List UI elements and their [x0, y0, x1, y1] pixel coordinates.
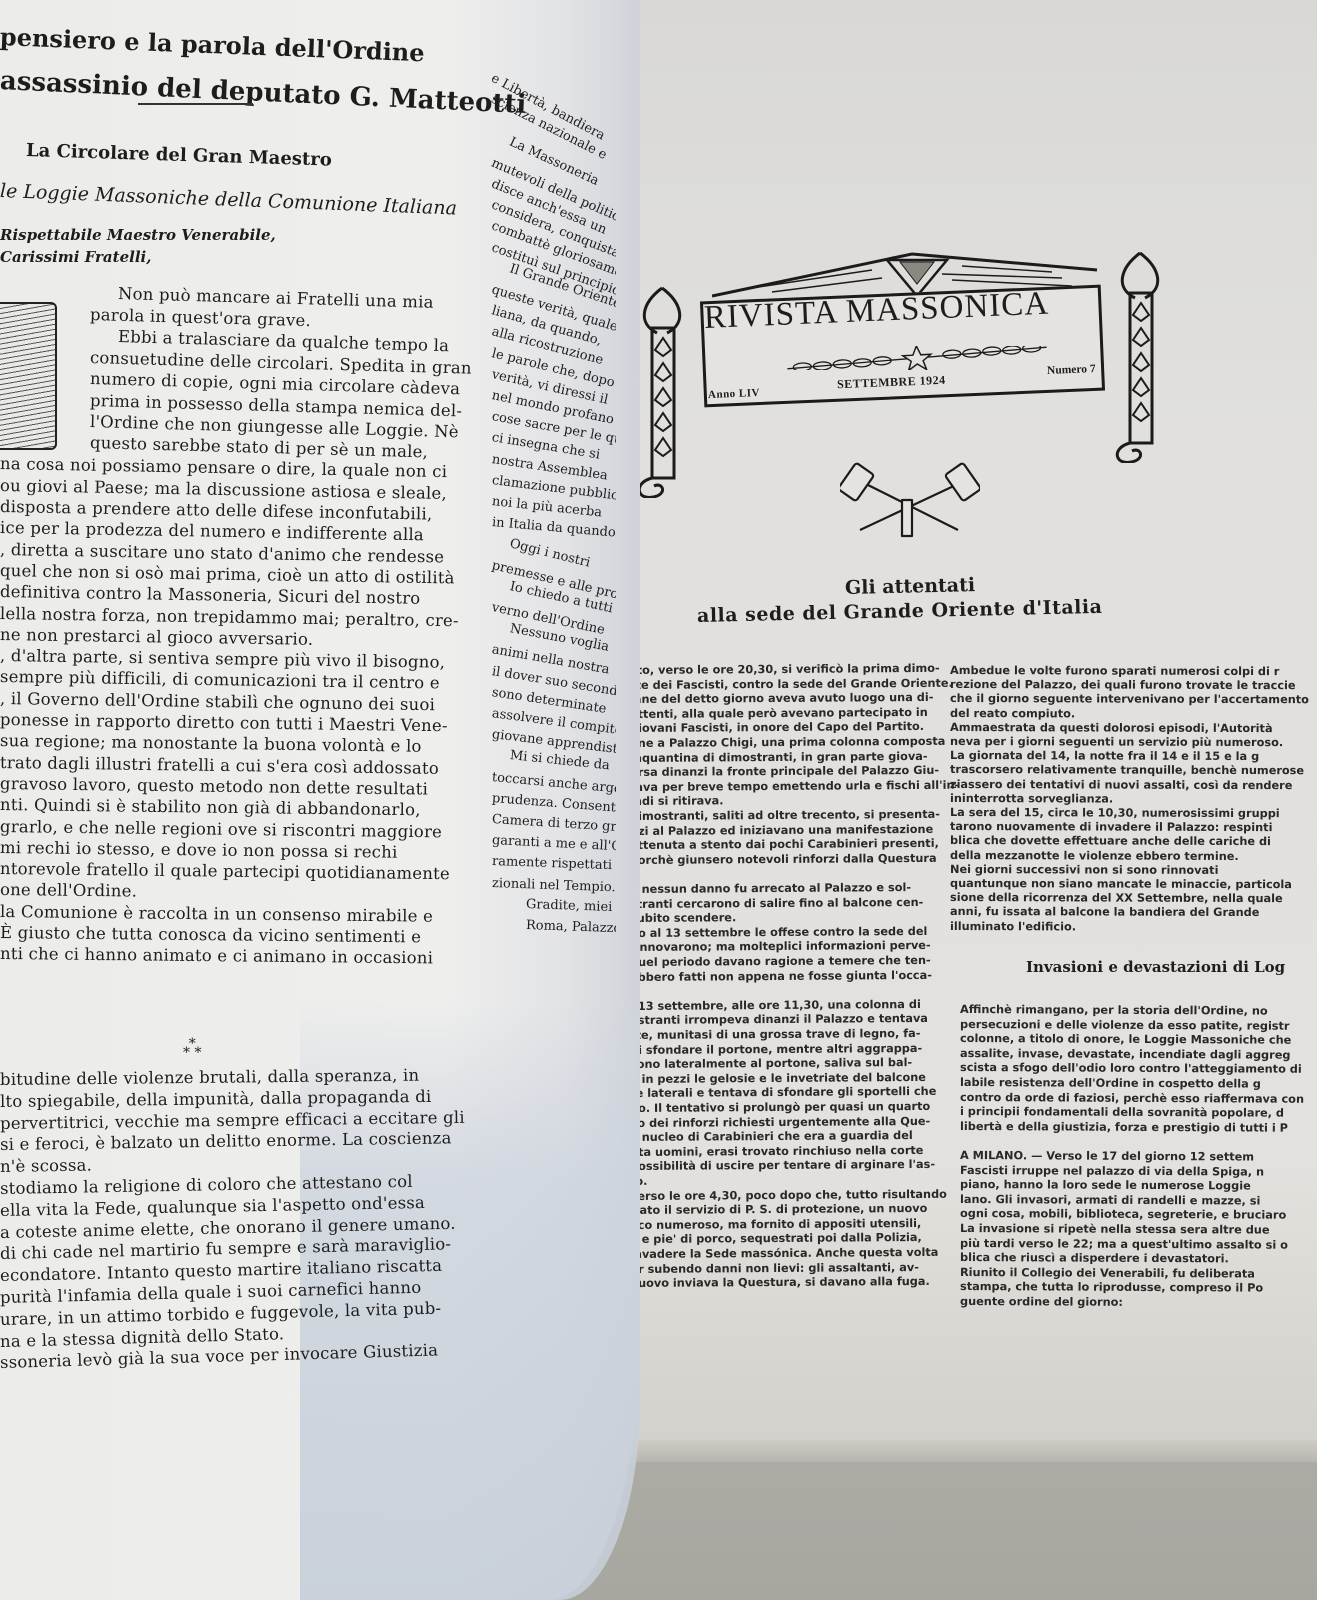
column-text-line: no. Il tentativo si prolungò per quasi u… — [630, 1100, 930, 1115]
column-text-line: ininterrotta sorveglianza. — [950, 792, 1113, 806]
column-text-line: stranti cercarono di salire fino al balc… — [630, 896, 923, 911]
salutation-line-1: Rispettabile Maestro Venerabile, — [0, 226, 276, 244]
left-laurel-pillar-icon — [632, 283, 692, 498]
column-text-line: del reato compiuto. — [950, 707, 1075, 720]
column-text-line: attenti, alla quale però avevano parteci… — [630, 706, 928, 721]
laurel-star-ornament-icon — [782, 346, 1052, 370]
column-text-line: Fascisti irruppe nel palazzo di via dell… — [960, 1164, 1264, 1179]
column-text-line: della mezzanotte le violenze ebbero term… — [950, 849, 1239, 863]
column-text-line: one a Palazzo Chigi, una prima colonna c… — [630, 735, 945, 750]
column-text-line: Nei giorni successivi non si sono rinnov… — [950, 863, 1218, 877]
column-text-line: dimostranti, saliti ad oltre trecento, s… — [630, 808, 940, 823]
column-text-line: e nessun danno fu arrecato al Palazzo e … — [630, 881, 911, 896]
column-text-line: più tardi verso le 22; ma a quest'ultimo… — [960, 1237, 1288, 1252]
right-page-edge — [600, 1440, 1317, 1462]
column-text-line: La giornata del 14, la notte fra il 14 e… — [950, 749, 1259, 763]
column-text-line: blica che riuscì a disperdere i devastat… — [960, 1251, 1229, 1265]
column-text-line: ogni cosa, mobili, biblioteca, segreteri… — [960, 1207, 1286, 1222]
column-text-line: lano. Gli invasori, armati di randelli e… — [960, 1193, 1260, 1208]
column-text-line: rinnovarono; ma molteplici informazioni … — [630, 939, 931, 954]
column-text-line: il nucleo di Carabinieri che era a guard… — [630, 1129, 913, 1144]
column-text-line: Affinchè rimangano, per la storia dell'O… — [960, 1003, 1268, 1018]
column-text-line: tarono nuovamente di invadere il Palazzo… — [950, 820, 1273, 834]
column-text-line: di sfondare il portone, mentre altri agg… — [630, 1042, 922, 1057]
masthead-numero: Numero 7 — [1047, 363, 1096, 377]
body-text-line: n'è scossa. — [0, 1156, 92, 1176]
column-text-line: attenuta a stento dai pochi Carabinieri … — [630, 837, 939, 852]
column-text-line: ebbero fatti non appena ne fosse giunta … — [630, 968, 932, 983]
column-text-line: Ambedue le volte furono sparati numerosi… — [950, 664, 1279, 678]
column-text-line: nuovo inviava la Questura, si davano all… — [630, 1275, 930, 1290]
column-text-line: rezione del Palazzo, dei quali furono tr… — [950, 678, 1296, 692]
column-text-line: ur subendo danni non lievi: gli assaltan… — [630, 1261, 919, 1276]
column-text-line: irato il servizio di P. S. di protezione… — [630, 1202, 927, 1217]
spine-text-line: zionali nel Tempio. — [492, 876, 616, 895]
column-text-line: sione della ricorrenza del XX Settembre,… — [950, 891, 1283, 905]
column-text-line: che il giorno seguente intervenivano per… — [950, 692, 1309, 706]
column-text-line: llorchè giunsero notevoli rinforzi dalla… — [630, 852, 937, 867]
column-text-line: La invasione si ripetè nella stessa sera… — [960, 1222, 1270, 1237]
column-text-line: rte, munitasi di una grossa trave di leg… — [630, 1027, 921, 1042]
column-text-line: sono lateralmente al portone, saliva sul… — [630, 1056, 912, 1071]
column-text-line: illuminato l'edificio. — [950, 920, 1076, 933]
section-separator-stars: ** * — [183, 1040, 201, 1058]
column-text-line: Riunito il Collegio dei Venerabili, fu d… — [960, 1266, 1255, 1281]
column-text-line: iane del detto giorno aveva avuto luogo … — [630, 691, 933, 706]
column-text-line: A MILANO. — Verso le 17 del giorno 12 se… — [960, 1149, 1254, 1164]
column-text-line: verso le ore 4,30, poco dopo che, tutto … — [630, 1187, 947, 1202]
column-text-line: possibilità di uscire per tentare di arg… — [630, 1158, 935, 1173]
column-text-line: libertà e della giustizia, forza e prest… — [960, 1120, 1288, 1135]
column-text-line: orsa dinanzi la fronte principale del Pa… — [630, 764, 939, 779]
column-text-line: sto, verso le ore 20,30, si verificò la … — [630, 662, 940, 677]
column-text-line: anni, fu issata al balcone la bandiera d… — [950, 905, 1259, 919]
column-text-line: rte dei Fascisti, contro la sede del Gra… — [630, 676, 953, 691]
column-text-line: colonne, a titolo di onore, le Loggie Ma… — [960, 1032, 1291, 1047]
column-text-line: inquantina di dimostranti, in gran parte… — [630, 750, 928, 765]
column-text-line: trascorsero relativamente tranquille, be… — [950, 763, 1304, 777]
article-title-line-1: Gli attentati — [845, 574, 976, 599]
column-text-line: labile resistenza dell'Ordine in cospett… — [960, 1076, 1261, 1091]
column-text-line: a in pezzi le gelosie e le invetriate de… — [630, 1071, 926, 1086]
column-text-line: ostranti irrompeva dinanzi il Palazzo e … — [630, 1012, 928, 1027]
column-text-line: stampa, che tutta lo riprodusse, compres… — [960, 1280, 1263, 1295]
column-text-line: re laterali e tentava di sfondare gli sp… — [630, 1085, 936, 1100]
column-text-line: contro da orde di faziosi, perchè esso r… — [960, 1091, 1304, 1106]
column-text-line: La sera del 15, circa le 10,30, numerosi… — [950, 806, 1280, 820]
column-text-line: persecuzioni e delle violenze da esso pa… — [960, 1018, 1290, 1033]
column-text-line: giovani Fascisti, in onore del Capo del … — [630, 720, 924, 735]
column-text-line: scista a sfogo dell'odio loro contro l'a… — [960, 1061, 1302, 1076]
column-text-line: Ammaestrata da questi dolorosi episodi, … — [950, 721, 1273, 735]
column-text-line: no al 13 settembre le offese contro la s… — [630, 925, 927, 940]
column-text-line: subito scendere. — [630, 911, 736, 925]
masthead-anno: Anno LIV — [708, 387, 760, 401]
column-text-line: li e pie' di porco, sequestrati poi dall… — [630, 1231, 922, 1246]
column-text-line: i principii fondamentali della sovranità… — [960, 1105, 1284, 1120]
section-title-invasioni: Invasioni e devastazioni di Log — [1026, 958, 1285, 976]
column-text-line: piano, hanno la loro sede le numerose Lo… — [960, 1178, 1251, 1193]
column-text-line: assalite, invase, devastate, incendiate … — [960, 1047, 1291, 1062]
spine-text-line: Camera di terzo grado — [492, 812, 616, 836]
column-text-line: neva per i giorni seguenti un servizio p… — [950, 735, 1283, 749]
spine-text-line: Gradite, miei cari — [526, 897, 616, 916]
column-text-line: invadere la Sede massónica. Anche questa… — [630, 1246, 938, 1261]
right-laurel-pillar-icon — [1110, 248, 1170, 463]
column-text-line: ziassero dei tentativi di nuovi assalti,… — [950, 778, 1292, 792]
heading-rule — [138, 103, 253, 105]
column-text-line: guente ordine del giorno: — [960, 1295, 1123, 1309]
spine-text-line: garanti a me e all'Ordine — [492, 833, 616, 856]
spine-text-line: Roma, Palazzo — [526, 918, 616, 936]
column-text-line: l 13 settembre, alle ore 11,30, una colo… — [630, 998, 921, 1013]
column-text-line: nta uomini, erasi trovato rinchiuso nell… — [630, 1144, 924, 1159]
spine-text-line: ramente rispettati — [492, 854, 612, 873]
column-text-line: oco numeroso, ma fornito di appositi ute… — [630, 1217, 921, 1232]
body-text-line: one dell'Ordine. — [0, 880, 137, 901]
column-text-line: quel periodo davano ragione a temere che… — [630, 954, 931, 969]
column-text-line: indi si ritirava. — [630, 795, 724, 809]
salutation-line-2: Carissimi Fratelli, — [0, 248, 151, 266]
spine-column: e Libertà, bandierascienza nazionale eLa… — [486, 60, 616, 980]
column-text-line: vo dei rinforzi richiesti urgentemente a… — [630, 1114, 930, 1129]
crossed-hammers-emblem-icon — [840, 462, 980, 542]
column-text-line: tava per breve tempo emettendo urla e fi… — [630, 778, 959, 793]
column-text-line: nzi al Palazzo ed iniziavano una manifes… — [630, 822, 933, 837]
column-text-line: blica che dovette effettuare anche delle… — [950, 834, 1271, 848]
portrait-vignette-icon — [0, 302, 57, 450]
column-text-line: quantunque non siano mancate le minaccie… — [950, 877, 1292, 891]
